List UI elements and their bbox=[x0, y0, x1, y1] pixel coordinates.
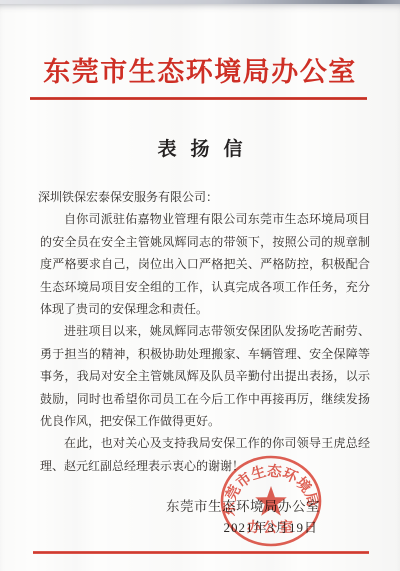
signature-org: 东莞市生态环境局办公室 bbox=[166, 496, 320, 517]
letterhead-org-name: 东莞市生态环境局办公室 bbox=[18, 56, 382, 88]
letter-title: 表扬信 bbox=[0, 134, 400, 161]
footer-divider bbox=[33, 551, 369, 554]
signature-block: 东莞市生态环境局办公室 2021年3月19日 bbox=[166, 496, 320, 538]
letter-body: 深圳铁保宏泰保安服务有限公司： 自你司派驻佑嘉物业管理有限公司东莞市生态环境局项… bbox=[40, 186, 370, 477]
body-paragraph: 进驻项目以来，姚凤辉同志带领安保团队发扬吃苦耐劳、勇于担当的精神，积极协助处理搬… bbox=[40, 320, 370, 432]
body-paragraph: 在此，也对关心及支持我局安保工作的你司领导王虎总经理、赵元红副总经理表示衷心的谢… bbox=[40, 432, 370, 477]
signature-date: 2021年3月19日 bbox=[166, 517, 320, 538]
letter-page: 东莞市生态环境局办公室 表扬信 深圳铁保宏泰保安服务有限公司： 自你司派驻佑嘉物… bbox=[0, 4, 400, 571]
letterhead-divider bbox=[30, 97, 367, 100]
body-paragraph: 自你司派驻佑嘉物业管理有限公司东莞市生态环境局项目的安全员在安全主管姚凤辉同志的… bbox=[40, 208, 370, 320]
salutation: 深圳铁保宏泰保安服务有限公司： bbox=[38, 186, 370, 208]
